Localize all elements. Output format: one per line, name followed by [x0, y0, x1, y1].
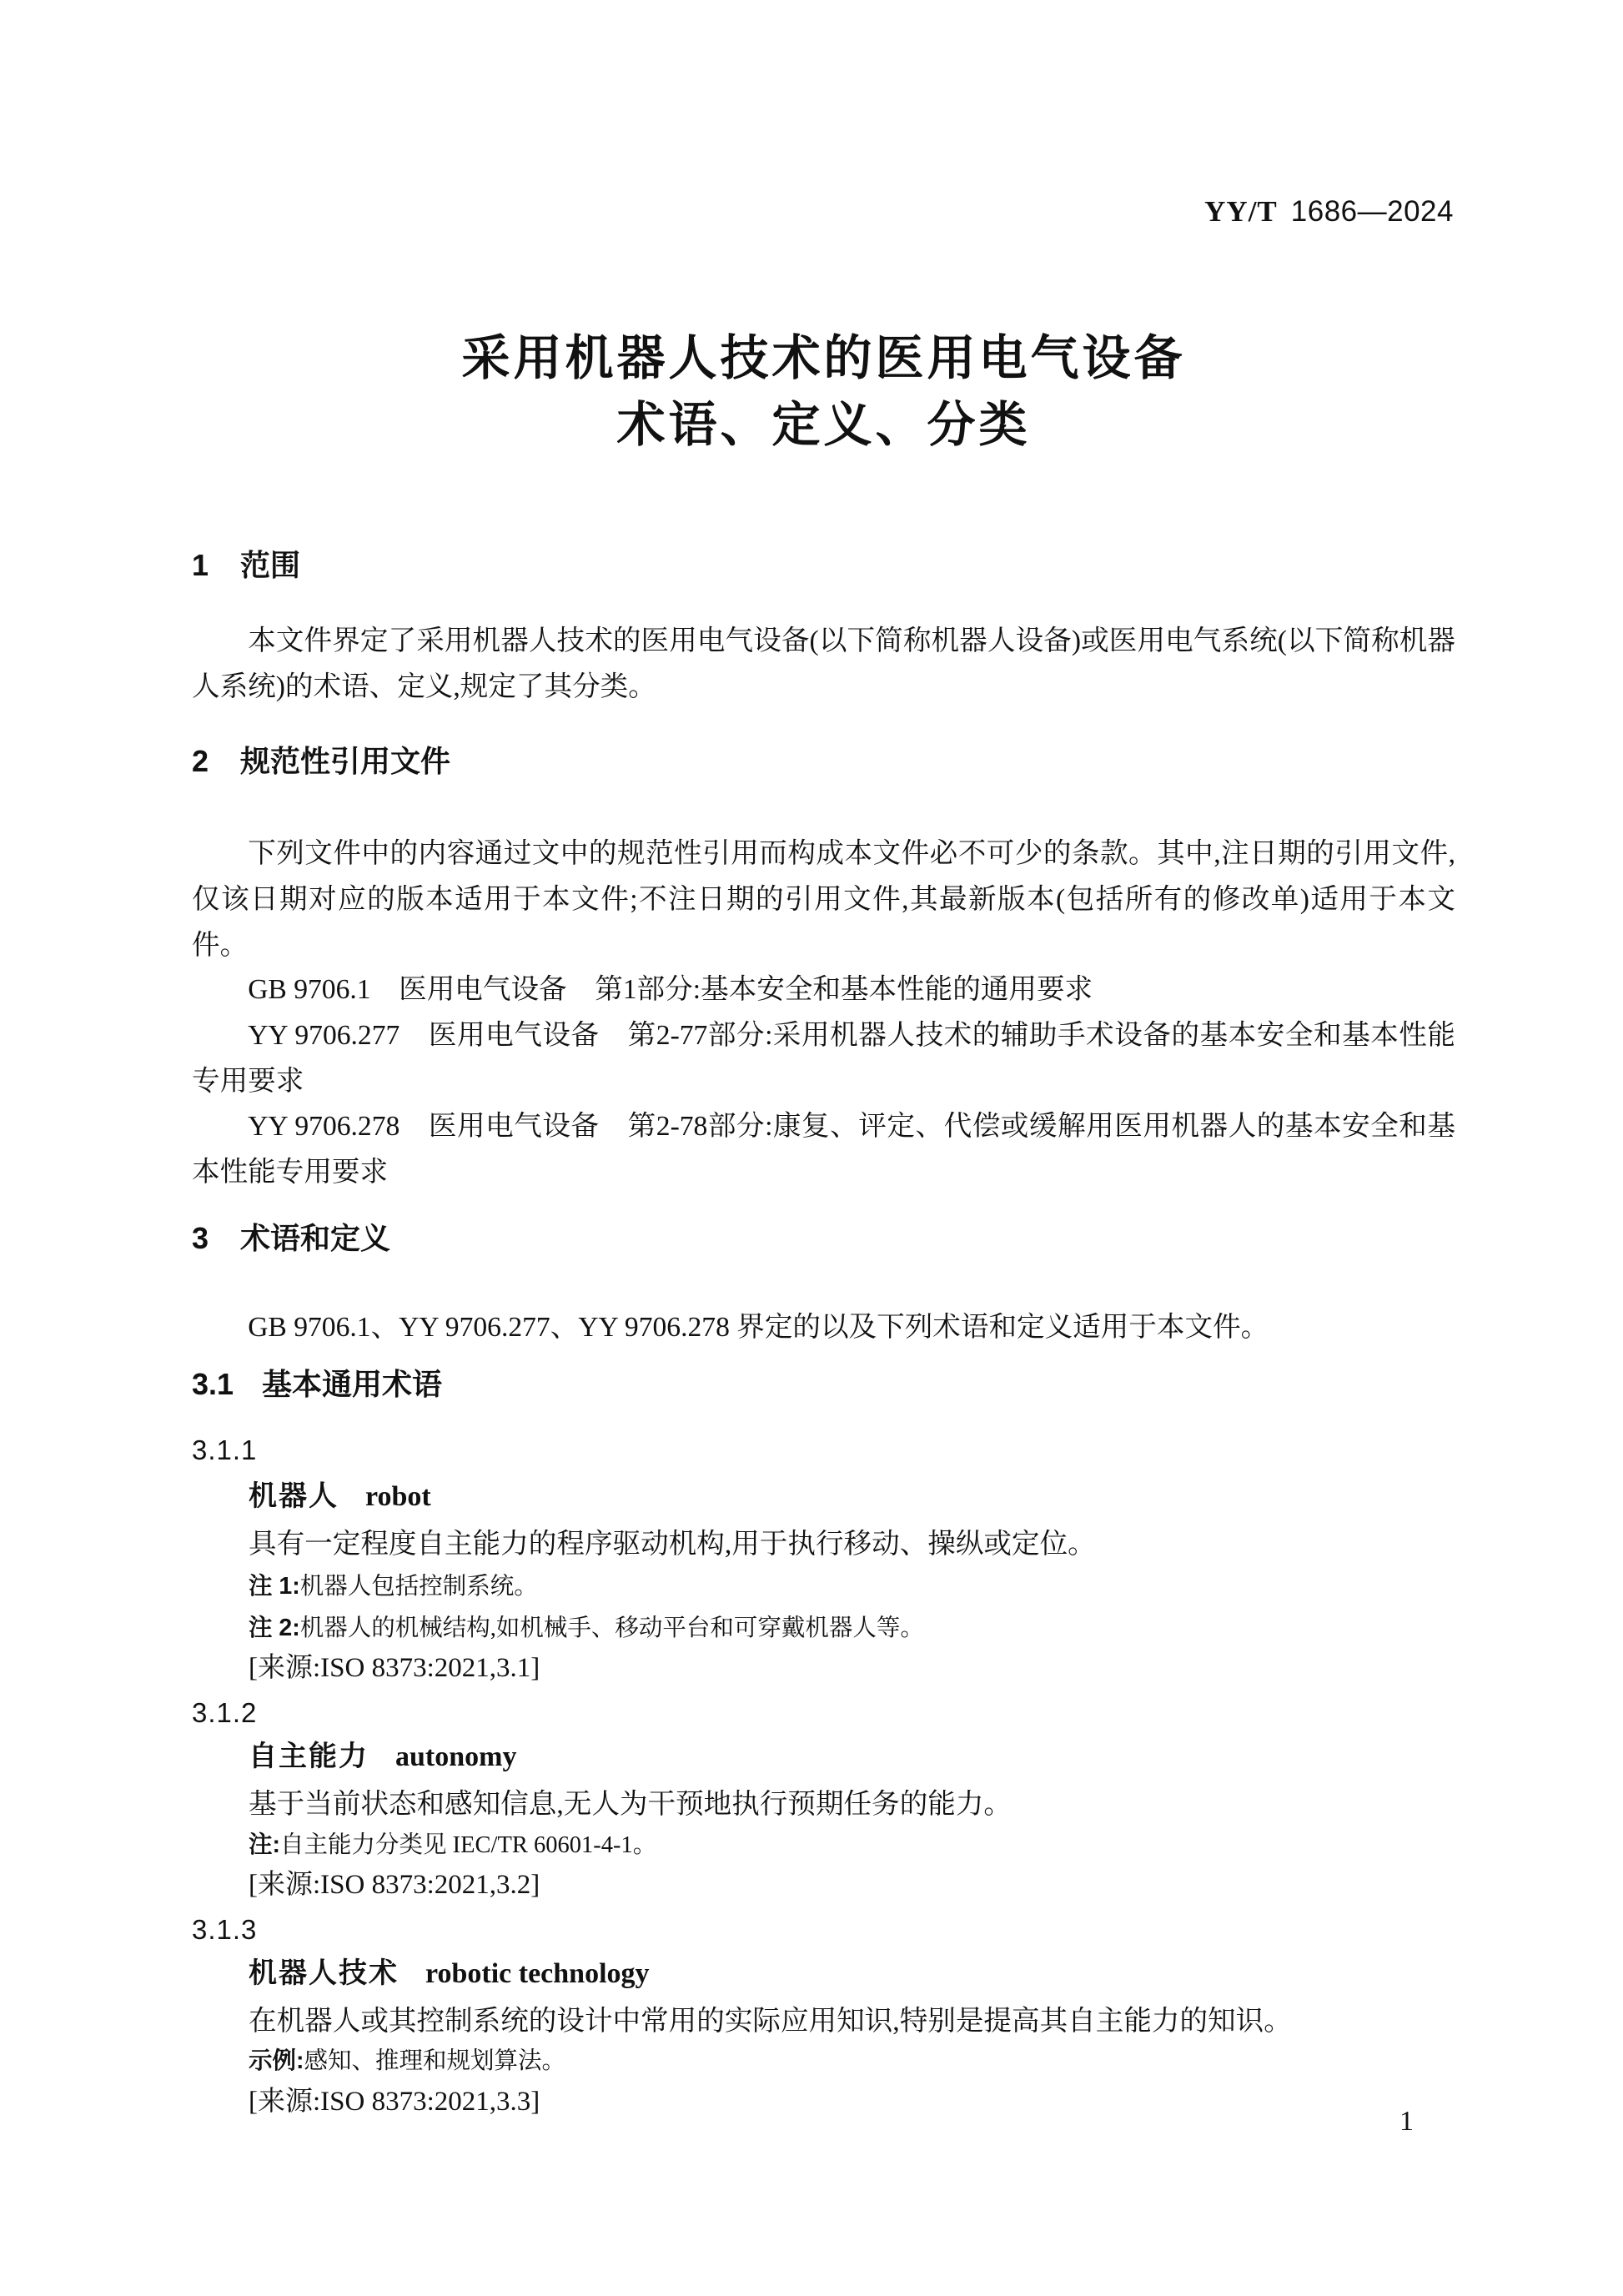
section-1-number: 1	[192, 547, 209, 584]
terms-intro: GB 9706.1、YY 9706.277、YY 9706.278 界定的以及下…	[192, 1304, 1455, 1350]
term-entry-2-heading: 自主能力 autonomy	[249, 1738, 516, 1776]
document-title-line2: 术语、定义、分类	[192, 399, 1455, 452]
reference-item-yy9706-278: YY 9706.278 医用电气设备 第2-78部分:康复、评定、代偿或缓解用医…	[192, 1103, 1455, 1195]
term-entry-1-definition: 具有一定程度自主能力的程序驱动机构,用于执行移动、操纵或定位。	[249, 1521, 1455, 1567]
term-entry-1-heading: 机器人 robot	[249, 1478, 431, 1515]
note-text: 机器人的机械结构,如机械手、移动平台和可穿戴机器人等。	[300, 1615, 924, 1641]
term-entry-1-zh: 机器人	[249, 1478, 339, 1515]
term-entry-2-zh: 自主能力	[249, 1738, 369, 1775]
subsection-3-1-number: 3.1	[192, 1366, 234, 1403]
term-entry-3-number: 3.1.3	[192, 1912, 257, 1947]
note-label: 注 1:	[249, 1573, 300, 1600]
term-entry-3-heading: 机器人技术 robotic technology	[249, 1955, 650, 1992]
standard-code-number: 1686—2024	[1291, 195, 1454, 229]
section-3-heading: 3 术语和定义	[192, 1220, 390, 1257]
term-entry-2-note-1: 注:自主能力分类见 IEC/TR 60601-4-1。	[249, 1828, 1455, 1862]
subsection-3-1-title: 基本通用术语	[262, 1366, 442, 1403]
term-entry-1-en: robot	[365, 1479, 431, 1515]
standard-code: YY/T 1686—2024	[1204, 195, 1454, 229]
term-entry-3-zh: 机器人技术	[249, 1955, 399, 1992]
section-3-title: 术语和定义	[240, 1220, 390, 1257]
term-entry-3-definition: 在机器人或其控制系统的设计中常用的实际应用知识,特别是提高其自主能力的知识。	[249, 1998, 1455, 2044]
reference-item-gb9706-1: GB 9706.1 医用电气设备 第1部分:基本安全和基本性能的通用要求	[192, 967, 1455, 1012]
note-text: 自主能力分类见 IEC/TR 60601-4-1。	[280, 1832, 656, 1858]
document-page: YY/T 1686—2024 采用机器人技术的医用电气设备 术语、定义、分类 1…	[0, 0, 1623, 2296]
page-number: 1	[1399, 2105, 1414, 2138]
section-2-heading: 2 规范性引用文件	[192, 743, 450, 780]
note-text: 机器人包括控制系统。	[300, 1574, 538, 1600]
note-label: 注:	[249, 1831, 280, 1858]
term-entry-3-source: [来源:ISO 8373:2021,3.3]	[249, 2083, 540, 2120]
section-2-title: 规范性引用文件	[240, 743, 450, 780]
term-entry-2-number: 3.1.2	[192, 1696, 257, 1731]
term-entry-1-note-2: 注 2:机器人的机械结构,如机械手、移动平台和可穿戴机器人等。	[249, 1611, 1455, 1645]
document-title-line1: 采用机器人技术的医用电气设备	[192, 332, 1455, 385]
term-entry-1-number: 3.1.1	[192, 1433, 257, 1468]
term-entry-2-definition: 基于当前状态和感知信息,无人为干预地执行预期任务的能力。	[249, 1781, 1455, 1827]
term-entry-3-example: 示例:感知、推理和规划算法。	[249, 2044, 1455, 2078]
example-label: 示例:	[249, 2047, 304, 2074]
section-3-number: 3	[192, 1220, 209, 1257]
term-entry-2-en: autonomy	[395, 1739, 516, 1776]
term-entry-1-source: [来源:ISO 8373:2021,3.1]	[249, 1650, 540, 1686]
term-entry-1-note-1: 注 1:机器人包括控制系统。	[249, 1570, 1455, 1604]
section-2-number: 2	[192, 743, 209, 780]
reference-item-yy9706-277: YY 9706.277 医用电气设备 第2-77部分:采用机器人技术的辅助手术设…	[192, 1012, 1455, 1104]
section-1-heading: 1 范围	[192, 547, 300, 584]
standard-code-prefix: YY/T	[1204, 195, 1278, 229]
section-1-title: 范围	[240, 547, 300, 584]
note-label: 注 2:	[249, 1615, 300, 1641]
subsection-3-1-heading: 3.1 基本通用术语	[192, 1366, 442, 1403]
term-entry-2-source: [来源:ISO 8373:2021,3.2]	[249, 1866, 540, 1903]
scope-paragraph: 本文件界定了采用机器人技术的医用电气设备(以下简称机器人设备)或医用电气系统(以…	[192, 618, 1455, 710]
term-entry-3-en: robotic technology	[425, 1956, 650, 1992]
example-text: 感知、推理和规划算法。	[304, 2048, 566, 2074]
normative-references-intro: 下列文件中的内容通过文中的规范性引用而构成本文件必不可少的条款。其中,注日期的引…	[192, 831, 1455, 968]
